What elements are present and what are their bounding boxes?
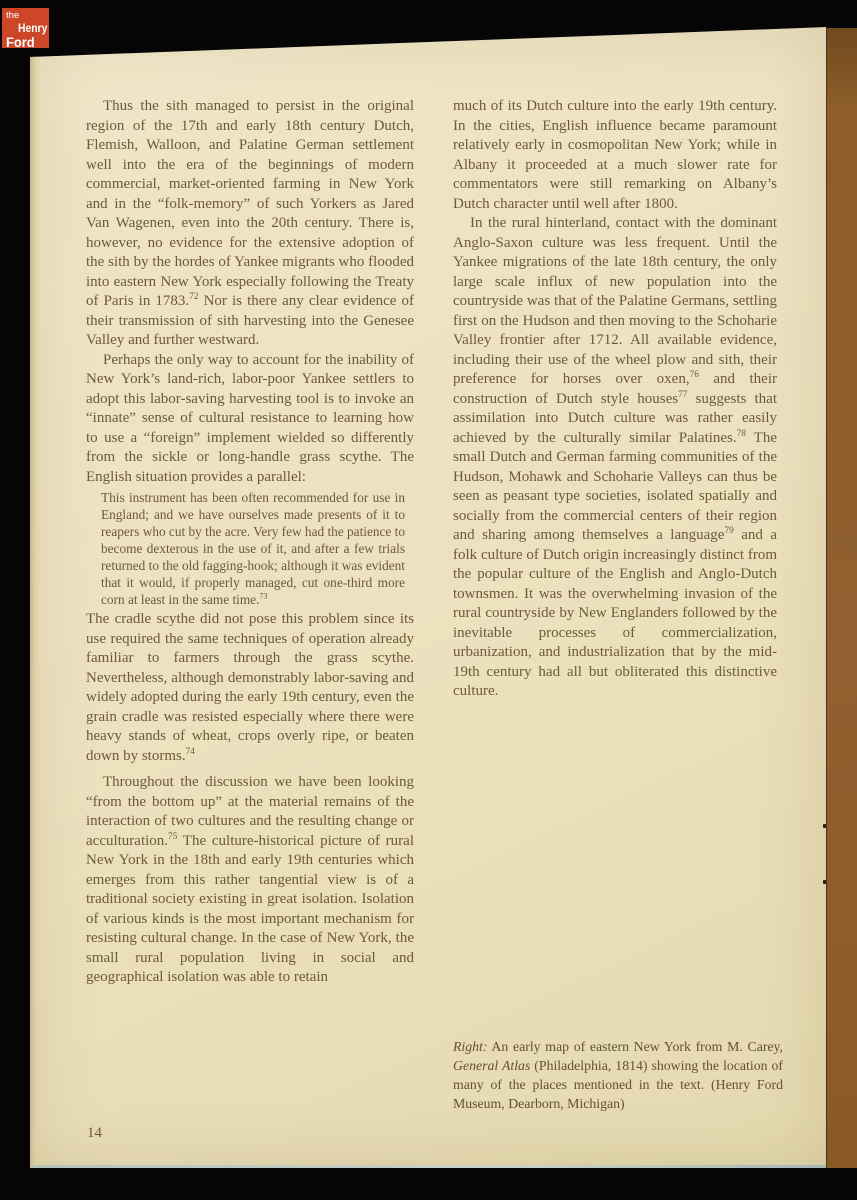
text-run: Perhaps the only way to account for the … (86, 352, 414, 485)
scan-background: Thus the sith managed to persist in the … (0, 0, 857, 1200)
text-run: In the rural hinterland, contact with th… (453, 215, 777, 387)
paragraph: In the rural hinterland, contact with th… (453, 214, 777, 702)
paragraph: Right: An early map of eastern New York … (453, 1037, 783, 1113)
book-page: Thus the sith managed to persist in the … (30, 27, 827, 1168)
henry-ford-logo: the Henry Ford (2, 8, 49, 48)
figure-caption: Right: An early map of eastern New York … (453, 1037, 783, 1113)
text-run: The culture-historical picture of rural … (86, 833, 414, 986)
left-text-column: Thus the sith managed to persist in the … (86, 97, 414, 988)
paragraph: This instrument has been often recommend… (86, 489, 414, 608)
page-bottom-edge (32, 1165, 826, 1168)
text-run: much of its Dutch culture into the early… (453, 98, 777, 212)
footnote-ref: 79 (724, 526, 733, 536)
page-number: 14 (87, 1125, 102, 1142)
logo-text-the: the (6, 10, 19, 21)
footnote-ref: 76 (690, 370, 699, 380)
paragraph: The cradle scythe did not pose this prob… (86, 610, 414, 766)
footnote-ref: 74 (186, 747, 195, 757)
text-run: An early map of eastern New York from M.… (488, 1039, 784, 1054)
page-left-edge (30, 45, 40, 1168)
text-run: Thus the sith managed to persist in the … (86, 98, 414, 309)
text-run: and a folk culture of Dutch origin incre… (453, 527, 777, 699)
text-run: General Atlas (453, 1058, 530, 1073)
paragraph: Throughout the discussion we have been l… (86, 773, 414, 988)
paragraph: Perhaps the only way to account for the … (86, 351, 414, 488)
footnote-ref: 73 (259, 592, 267, 601)
logo-text-ford: Ford (6, 34, 35, 50)
footnote-ref: 75 (168, 832, 177, 842)
paragraph: much of its Dutch culture into the early… (453, 97, 777, 214)
footnote-ref: 78 (737, 429, 746, 439)
photo-background: { "colors": { "background": "#050505", "… (0, 0, 857, 1200)
right-text-column: much of its Dutch culture into the early… (453, 97, 777, 702)
paragraph: Thus the sith managed to persist in the … (86, 97, 414, 351)
footnote-ref: 77 (678, 390, 687, 400)
text-run: The cradle scythe did not pose this prob… (86, 611, 414, 764)
page-edge-speck (823, 824, 826, 828)
text-run: This instrument has been often recommend… (101, 490, 405, 607)
text-run: Right: (453, 1039, 488, 1054)
page-edge-speck (823, 880, 826, 884)
